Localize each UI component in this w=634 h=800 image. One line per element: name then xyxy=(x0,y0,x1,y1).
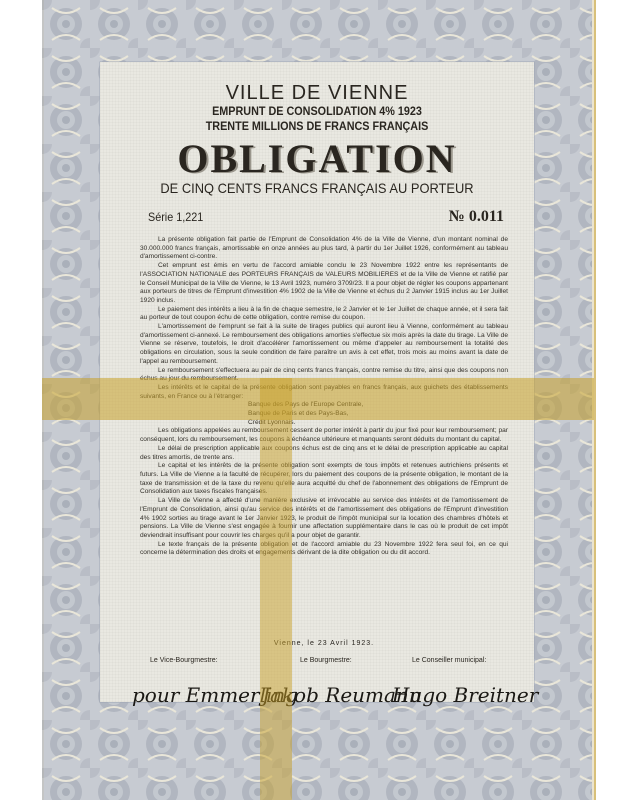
paragraph: La présente obligation fait partie de l'… xyxy=(140,236,508,262)
tape-horizontal xyxy=(42,378,594,420)
city-name: VILLE DE VIENNE xyxy=(100,82,534,104)
place-date: Vienne, le 23 Avril 1923. xyxy=(140,640,508,647)
paragraph: Le délai de prescription applicable aux … xyxy=(140,445,508,462)
paragraph: L'amortissement de l'emprunt se fait à l… xyxy=(140,323,508,367)
amount-line: TRENTE MILLIONS DE FRANCS FRANÇAIS xyxy=(122,119,513,134)
paragraph: Le paiement des intérêts a lieu à la fin… xyxy=(140,306,508,323)
serie-number: Série 1,221 xyxy=(148,210,203,224)
paragraph: Cet emprunt est émis en vertu de l'accor… xyxy=(140,262,508,306)
signature-councillor: Hugo Breitner xyxy=(392,683,538,707)
loan-line: EMPRUNT DE CONSOLIDATION 4% 1923 xyxy=(122,104,513,119)
document-title: OBLIGATION xyxy=(100,138,534,180)
tape-vertical xyxy=(260,378,292,800)
vice-mayor-title: Le Vice-Bourgmestre: xyxy=(150,657,218,664)
denomination: DE CINQ CENTS FRANCS FRANÇAIS AU PORTEUR xyxy=(117,180,516,196)
signer-titles: Le Vice-Bourgmestre: Le Bourgmestre: Le … xyxy=(150,657,510,669)
paragraph: Le texte français de la présente obligat… xyxy=(140,541,508,558)
councillor-title: Le Conseiller municipal: xyxy=(412,657,486,664)
paragraph: Les obligations appelées au remboursemen… xyxy=(140,427,508,444)
mayor-title: Le Bourgmestre: xyxy=(300,657,352,664)
paragraph: La Ville de Vienne a affecté d'une maniè… xyxy=(140,497,508,541)
bond-number: № 0.011 xyxy=(449,208,504,226)
header-block: VILLE DE VIENNE EMPRUNT DE CONSOLIDATION… xyxy=(100,82,534,196)
serial-row: Série 1,221 № 0.011 xyxy=(148,210,508,230)
paragraph: Le capital et les intérêts de la présent… xyxy=(140,462,508,497)
